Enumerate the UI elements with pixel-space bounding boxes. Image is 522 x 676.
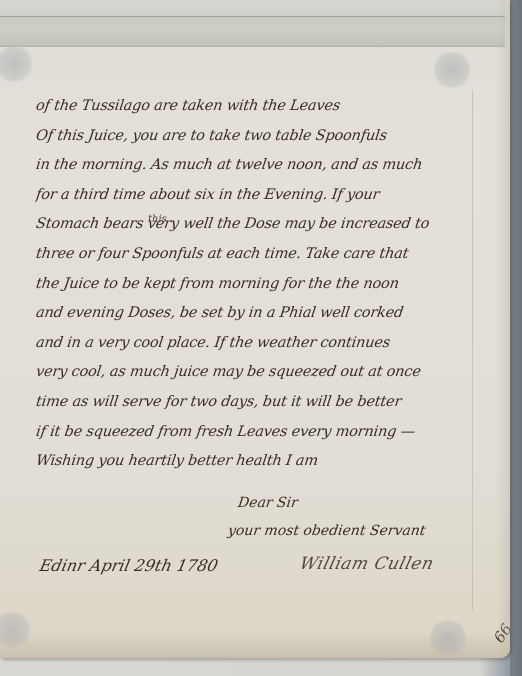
salutation: Dear Sir xyxy=(237,495,299,511)
stain-mark-bottom-right xyxy=(428,620,468,656)
letter-line: Of this Juice, you are to take two table… xyxy=(34,122,478,152)
manuscript-page: of the Tussilago are taken with the Leav… xyxy=(0,0,510,658)
interlinear-insertion: this xyxy=(148,214,167,225)
letter-line: Stomach bears very well the Dose may be … xyxy=(34,210,478,240)
signature: William Cullen xyxy=(298,554,436,574)
letter-line: the Juice to be kept from morning for th… xyxy=(34,270,478,300)
letter-body: of the Tussilago are taken with the Leav… xyxy=(36,92,476,477)
letter-line: time as will serve for two days, but it … xyxy=(34,388,478,418)
letter-line: in the morning. As much at twelve noon, … xyxy=(34,151,478,181)
letter-line: and in a very cool place. If the weather… xyxy=(34,329,478,359)
letter-line: of the Tussilago are taken with the Leav… xyxy=(34,92,478,122)
letter-line: if it be squeezed from fresh Leaves ever… xyxy=(34,418,478,448)
letter-line: for a third time about six in the Evenin… xyxy=(34,181,478,211)
letter-line: Wishing you heartily better health I am xyxy=(34,447,478,477)
letter-line: three or four Spoonfuls at each time. Ta… xyxy=(34,240,478,270)
letter-line: and evening Doses, be set by in a Phial … xyxy=(34,299,478,329)
date-place: Edinr April 29th 1780 xyxy=(38,556,220,575)
closing-phrase: your most obedient Servant xyxy=(227,523,427,539)
folded-top-flap xyxy=(0,0,505,47)
stain-mark-bottom-left xyxy=(0,612,32,648)
stain-mark-top-right xyxy=(432,52,472,88)
fold-crease-line xyxy=(0,16,505,17)
letter-line: very cool, as much juice may be squeezed… xyxy=(34,358,478,388)
book-spine-edge xyxy=(510,0,522,676)
stain-mark-top-left xyxy=(0,46,34,82)
